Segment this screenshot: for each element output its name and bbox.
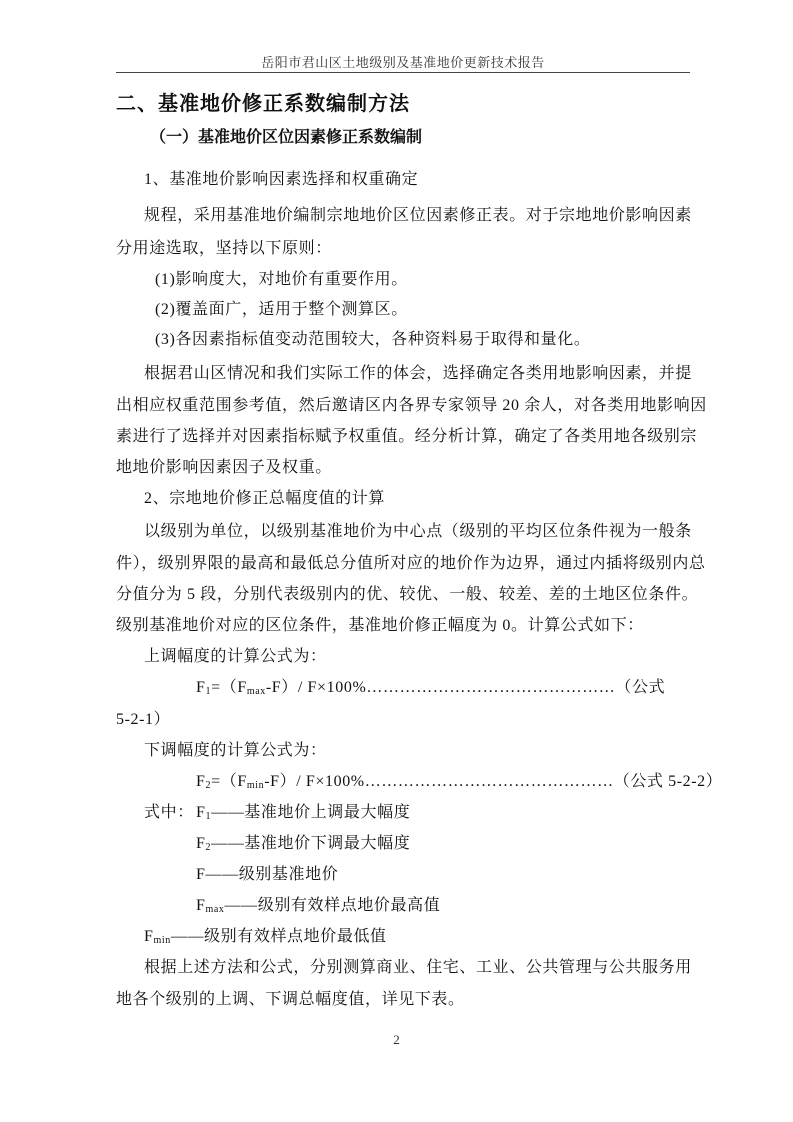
formula-text: =（F	[211, 773, 247, 790]
legend-symbol: F	[196, 897, 206, 914]
legend-item: F2——基准地价下调最大幅度	[196, 830, 410, 853]
section-heading: 二、基准地价修正系数编制方法	[116, 87, 410, 116]
paragraph-line: 地各个级别的上调、下调总幅度值，详见下表。	[116, 986, 465, 1009]
formula-symbol: F	[196, 773, 206, 790]
legend-desc: ——基准地价下调最大幅度	[211, 835, 410, 852]
formula-downward: F2=（Fmin-F）/ F×100%………………………………………（公式 5-…	[196, 768, 722, 791]
formula-subscript: max	[247, 686, 266, 697]
legend-symbol: F	[196, 866, 206, 883]
formula-text: -F）/ F×100%………………………………………（公式 5-2-2）	[264, 773, 722, 790]
paragraph-line: 地地价影响因素因子及权重。	[116, 454, 332, 477]
paragraph-line: 素进行了选择并对因素指标赋予权重值。经分析计算，确定了各类用地各级别宗	[116, 423, 697, 446]
formula-text: =（F	[211, 679, 247, 696]
paragraph-line: 以级别为单位，以级别基准地价为中心点（级别的平均区位条件视为一般条	[144, 518, 692, 541]
legend-desc: ——级别有效样点地价最高值	[225, 897, 441, 914]
subsection-heading: （一）基准地价区位因素修正系数编制	[150, 124, 422, 147]
paragraph-line: 出相应权重范围参考值，然后邀请区内各界专家领导 20 余人，对各类用地影响因	[116, 392, 707, 415]
legend-desc: ——级别基准地价	[206, 866, 339, 883]
legend-item: Fmin——级别有效样点地价最低值	[144, 923, 387, 946]
formula-text: -F）/ F×100%………………………………………（公式	[266, 679, 665, 696]
document-page: 岳阳市君山区土地级别及基准地价更新技术报告 二、基准地价修正系数编制方法 （一）…	[0, 0, 793, 1122]
formula-upward: F1=（Fmax-F）/ F×100%………………………………………（公式	[196, 674, 665, 697]
paragraph-line: 件），级别界限的最高和最低总分值所对应的地价作为边界，通过内插将级别内总	[116, 550, 706, 573]
legend-item: Fmax——级别有效样点地价最高值	[196, 892, 440, 915]
part1-title: 1、基准地价影响因素选择和权重确定	[144, 166, 418, 189]
legend-desc: ——级别有效样点地价最低值	[171, 928, 387, 945]
upward-formula-label: 上调幅度的计算公式为：	[144, 643, 327, 666]
legend-symbol: F	[144, 928, 154, 945]
formula-symbol: F	[196, 679, 206, 696]
running-header: 岳阳市君山区土地级别及基准地价更新技术报告	[116, 52, 690, 71]
principle-item: (1)影响度大，对地价有重要作用。	[155, 266, 408, 289]
paragraph-line: 规程，采用基准地价编制宗地地价区位因素修正表。对于宗地地价影响因素	[144, 202, 692, 225]
paragraph-line: 级别基准地价对应的区位条件，基准地价修正幅度为 0。计算公式如下：	[116, 612, 644, 635]
legend-item: F——级别基准地价	[196, 861, 338, 884]
legend-symbol: F	[196, 835, 206, 852]
header-divider	[116, 72, 690, 73]
legend-item: F1——基准地价上调最大幅度	[196, 799, 410, 822]
page-number: 2	[0, 1032, 793, 1048]
legend-subscript: max	[206, 904, 225, 915]
legend-desc: ——基准地价上调最大幅度	[211, 804, 410, 821]
paragraph-line: 分值分为 5 段，分别代表级别内的优、较优、一般、较差、差的土地区位条件。	[116, 581, 698, 604]
principle-item: (3)各因素指标值变动范围较大，各种资料易于取得和量化。	[155, 326, 590, 349]
principle-item: (2)覆盖面广，适用于整个测算区。	[155, 296, 408, 319]
paragraph-line: 分用途选取，坚持以下原则：	[116, 235, 332, 258]
legend-subscript: min	[154, 935, 171, 946]
paragraph-line: 根据君山区情况和我们实际工作的体会，选择确定各类用地影响因素，并提	[144, 360, 692, 383]
formula-subscript: min	[247, 780, 264, 791]
downward-formula-label: 下调幅度的计算公式为：	[144, 737, 327, 760]
legend-prefix: 式中：	[144, 799, 194, 822]
paragraph-line: 根据上述方法和公式，分别测算商业、住宅、工业、公共管理与公共服务用	[144, 954, 692, 977]
legend-symbol: F	[196, 804, 206, 821]
formula-reference: 5-2-1）	[116, 706, 170, 729]
part2-title: 2、宗地地价修正总幅度值的计算	[144, 485, 385, 508]
